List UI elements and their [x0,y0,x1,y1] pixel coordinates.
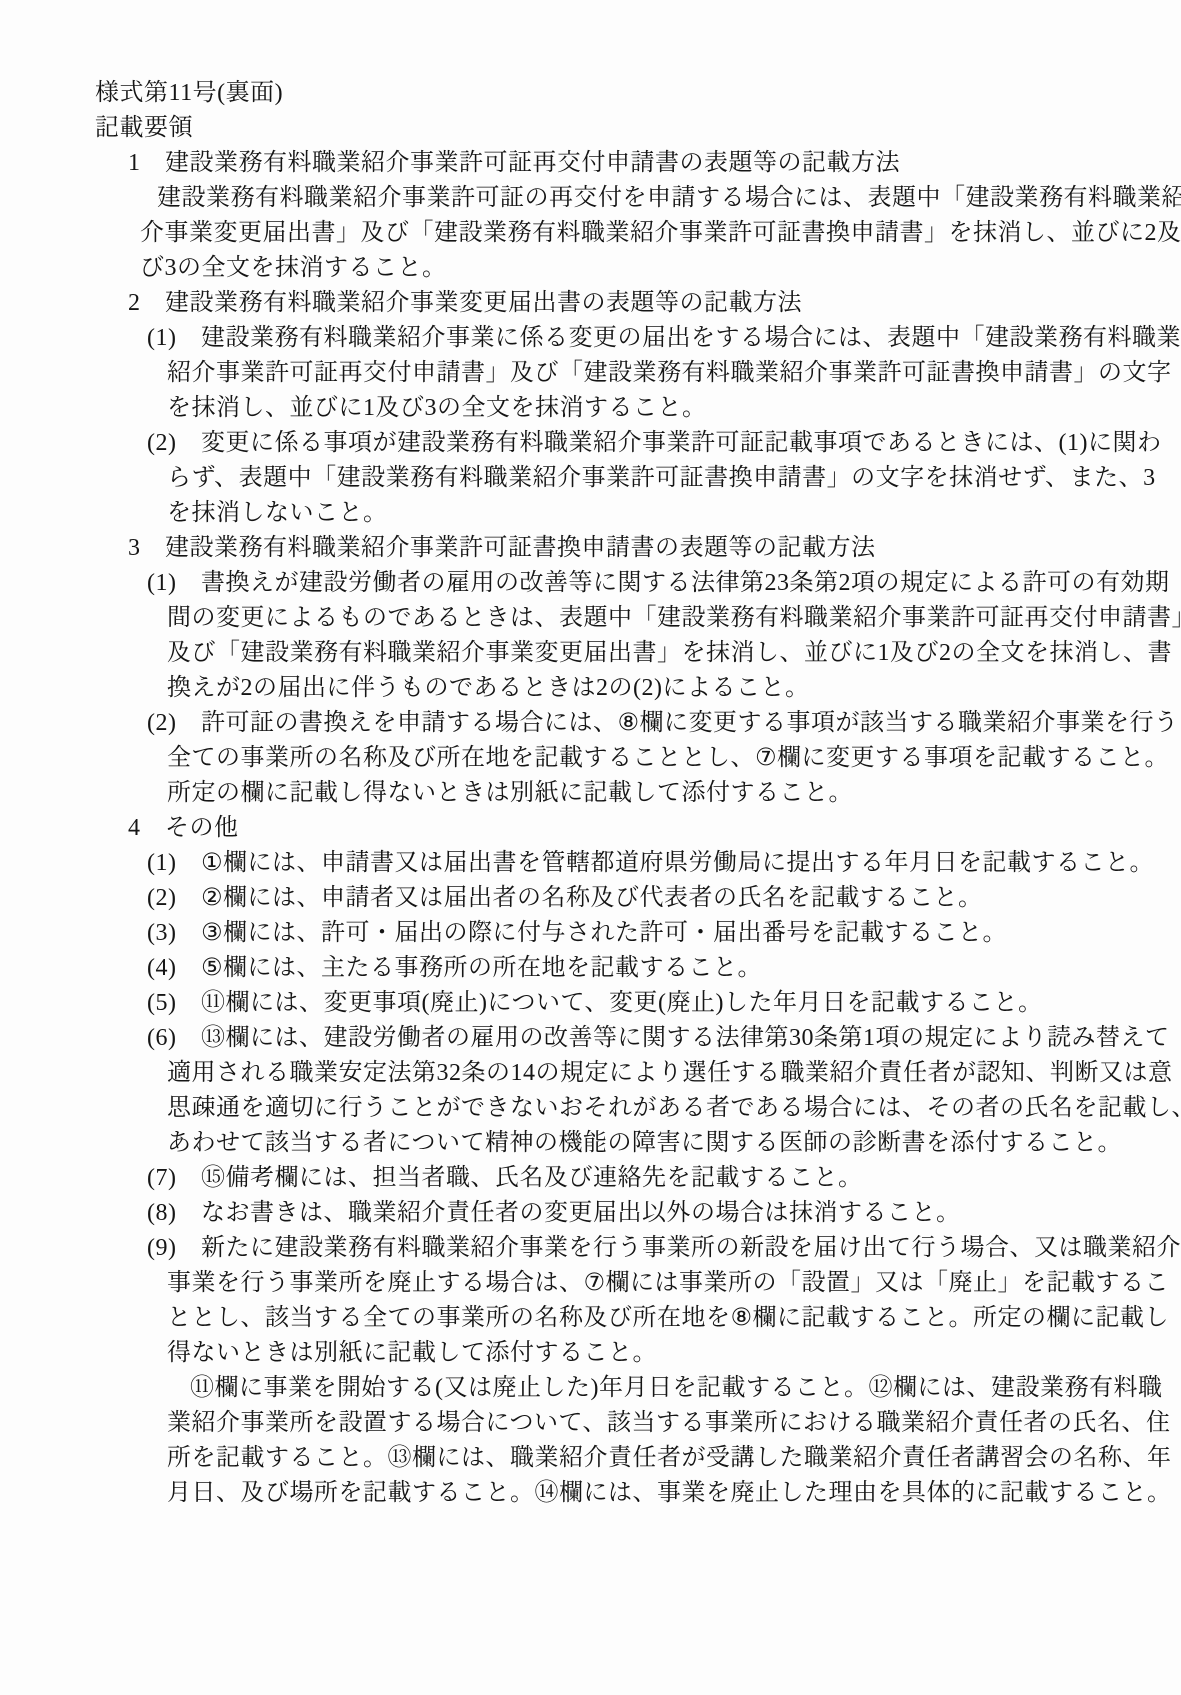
text-line: (7) ⑮備考欄には、担当者職、氏名及び連絡先を記載すること。 [95,1161,1141,1196]
text-line: 及び「建設業務有料職業紹介事業変更届出書」を抹消し、並びに1及び2の全文を抹消し… [95,636,1141,671]
text-line: 間の変更によるものであるときは、表題中「建設業務有料職業紹介事業許可証再交付申請… [95,601,1141,636]
text-line: (2) 許可証の書換えを申請する場合には、⑧欄に変更する事項が該当する職業紹介事… [95,706,1141,741]
document-page: 様式第11号(裏面)記載要領1 建設業務有料職業紹介事業許可証再交付申請書の表題… [0,0,1181,1695]
form-number: 様式第11号(裏面) [95,76,1141,111]
text-line: 所定の欄に記載し得ないときは別紙に記載して添付すること。 [95,776,1141,811]
text-line: 業紹介事業所を設置する場合について、該当する事業所における職業紹介責任者の氏名、… [95,1406,1141,1441]
text-line: (2) ②欄には、申請者又は届出者の名称及び代表者の氏名を記載すること。 [95,881,1141,916]
document-body: 様式第11号(裏面)記載要領1 建設業務有料職業紹介事業許可証再交付申請書の表題… [0,0,1181,1511]
text-line: ととし、該当する全ての事業所の名称及び所在地を⑧欄に記載すること。所定の欄に記載… [95,1301,1141,1336]
text-line: (1) ①欄には、申請書又は届出書を管轄都道府県労働局に提出する年月日を記載する… [95,846,1141,881]
section-3-heading: 3 建設業務有料職業紹介事業許可証書換申請書の表題等の記載方法 [95,531,1141,566]
section-1-heading: 1 建設業務有料職業紹介事業許可証再交付申請書の表題等の記載方法 [95,146,1141,181]
section-4-heading: 4 その他 [95,811,1141,846]
text-line: び3の全文を抹消すること。 [95,251,1141,286]
text-line: (6) ⑬欄には、建設労働者の雇用の改善等に関する法律第30条第1項の規定により… [95,1021,1141,1056]
text-line: (1) 書換えが建設労働者の雇用の改善等に関する法律第23条第2項の規定による許… [95,566,1141,601]
doc-title: 記載要領 [95,111,1141,146]
text-line: らず、表題中「建設業務有料職業紹介事業許可証書換申請書」の文字を抹消せず、また、… [95,461,1141,496]
text-line: (9) 新たに建設業務有料職業紹介事業を行う事業所の新設を届け出て行う場合、又は… [95,1231,1141,1266]
text-line: 紹介事業許可証再交付申請書」及び「建設業務有料職業紹介事業許可証書換申請書」の文… [95,356,1141,391]
text-line: 介事業変更届出書」及び「建設業務有料職業紹介事業許可証書換申請書」を抹消し、並び… [95,216,1141,251]
text-line: 月日、及び場所を記載すること。⑭欄には、事業を廃止した理由を具体的に記載すること… [95,1476,1141,1511]
text-line: 全ての事業所の名称及び所在地を記載することとし、⑦欄に変更する事項を記載すること… [95,741,1141,776]
text-line: を抹消しないこと。 [95,496,1141,531]
text-line: あわせて該当する者について精神の機能の障害に関する医師の診断書を添付すること。 [95,1126,1141,1161]
text-line: 適用される職業安定法第32条の14の規定により選任する職業紹介責任者が認知、判断… [95,1056,1141,1091]
text-line: 得ないときは別紙に記載して添付すること。 [95,1336,1141,1371]
text-line: (8) なお書きは、職業紹介責任者の変更届出以外の場合は抹消すること。 [95,1196,1141,1231]
text-line: ⑪欄に事業を開始する(又は廃止した)年月日を記載すること。⑫欄には、建設業務有料… [95,1371,1141,1406]
text-line: (1) 建設業務有料職業紹介事業に係る変更の届出をする場合には、表題中「建設業務… [95,321,1141,356]
text-line: を抹消し、並びに1及び3の全文を抹消すること。 [95,391,1141,426]
text-line: 換えが2の届出に伴うものであるときは2の(2)によること。 [95,671,1141,706]
text-line: (2) 変更に係る事項が建設業務有料職業紹介事業許可証記載事項であるときには、(… [95,426,1141,461]
text-line: 所を記載すること。⑬欄には、職業紹介責任者が受講した職業紹介責任者講習会の名称、… [95,1441,1141,1476]
text-line: (3) ③欄には、許可・届出の際に付与された許可・届出番号を記載すること。 [95,916,1141,951]
text-line: 思疎通を適切に行うことができないおそれがある者である場合には、その者の氏名を記載… [95,1091,1141,1126]
section-2-heading: 2 建設業務有料職業紹介事業変更届出書の表題等の記載方法 [95,286,1141,321]
text-line: 事業を行う事業所を廃止する場合は、⑦欄には事業所の「設置」又は「廃止」を記載する… [95,1266,1141,1301]
text-line: 建設業務有料職業紹介事業許可証の再交付を申請する場合には、表題中「建設業務有料職… [95,181,1141,216]
text-line: (5) ⑪欄には、変更事項(廃止)について、変更(廃止)した年月日を記載すること… [95,986,1141,1021]
text-line: (4) ⑤欄には、主たる事務所の所在地を記載すること。 [95,951,1141,986]
